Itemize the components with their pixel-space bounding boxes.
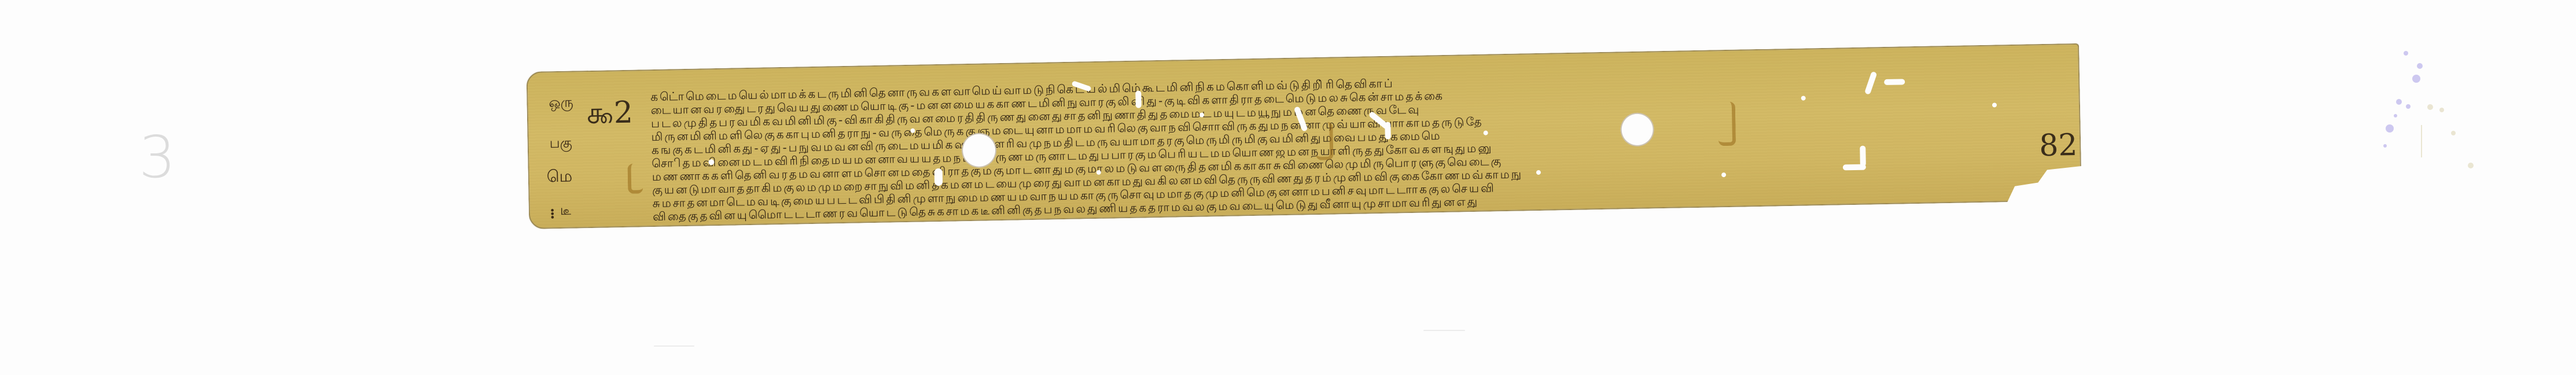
insect-damage [1385, 122, 1391, 139]
ink-stain [1718, 102, 1736, 146]
faint-stamp-residue [2378, 23, 2494, 231]
leaf-surface: ஒரு பகு மெ டீ ••• ௯2 கடெ்ாமெடைமயெல்மாமக்… [526, 43, 2082, 229]
faint-pencil-line [654, 345, 694, 347]
insect-damage [1843, 164, 1866, 171]
margin-annotation: ஒரு [549, 95, 573, 110]
insect-damage [1884, 79, 1905, 85]
margin-dots: ••• [550, 209, 555, 219]
insect-damage [934, 168, 943, 186]
margin-annotation: டீ [560, 203, 572, 217]
ink-stain [627, 163, 643, 193]
pencil-page-number: 3 [139, 128, 176, 186]
ink-stain [1315, 122, 1333, 160]
manuscript-text: கடெ்ாமெடைமயெல்மாமக்கடருமினிதெனாருவகளவாமெ… [650, 65, 2024, 226]
insect-hole [1801, 96, 1806, 101]
margin-annotation: மெ [547, 168, 573, 185]
folio-number-right: 82 [2039, 130, 2078, 161]
faint-pencil-line [1423, 330, 1465, 331]
margin-annotation: பகு [550, 136, 572, 150]
folio-number-left: ௯2 [586, 98, 633, 128]
insect-damage [1860, 146, 1866, 167]
palm-leaf-manuscript: ஒரு பகு மெ டீ ••• ௯2 கடெ்ாமெடைமயெல்மாமக்… [526, 28, 2084, 247]
insect-damage [1135, 91, 1142, 108]
